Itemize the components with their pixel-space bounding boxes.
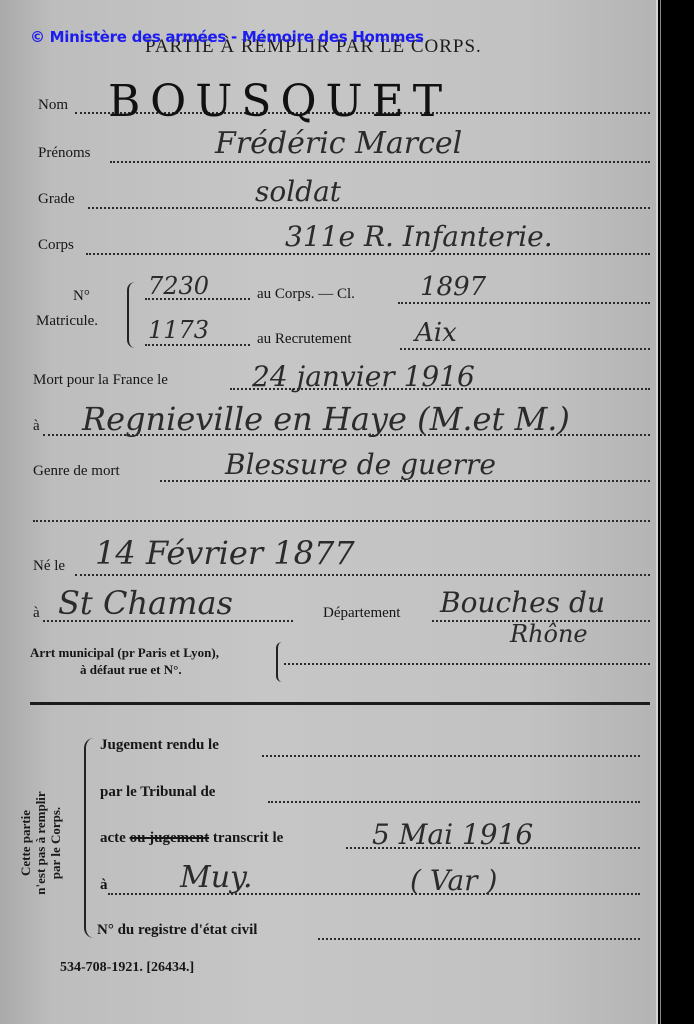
- prenoms-line: [110, 161, 650, 163]
- nom-label: Nom: [38, 97, 68, 114]
- side-note: Cette partie n'est pas à remplir par le …: [18, 758, 63, 928]
- arrondissement-label-2: à défaut rue et N°.: [80, 662, 182, 678]
- recrutement-line: [400, 348, 650, 350]
- arrondissement-brace: [276, 642, 282, 682]
- lieu-transcription-value: Muy.: [180, 860, 253, 895]
- arrondissement-label-1: Arrt municipal (pr Paris et Lyon),: [30, 645, 219, 661]
- departement-value-1: Bouches du: [440, 586, 605, 619]
- grade-label: Grade: [38, 191, 75, 208]
- corps-value: 311e R. Infanterie.: [285, 220, 553, 253]
- arrondissement-line: [284, 663, 650, 665]
- tribunal-label: par le Tribunal de: [100, 784, 215, 801]
- corps-number-value: 7230: [148, 272, 209, 300]
- footer-code: 534-708-1921. [26434.]: [60, 960, 194, 976]
- recrutement-number-line: [145, 344, 250, 346]
- lieu-naissance-value: St Chamas: [58, 584, 233, 622]
- matricule-label: Matricule.: [36, 313, 98, 330]
- lieu-transcription-value-2: ( Var ): [410, 864, 497, 897]
- naissance-label: Né le: [33, 558, 65, 575]
- recrutement-label: au Recrutement: [257, 331, 352, 348]
- death-record-card: © Ministère des armées - Mémoire des Hom…: [0, 0, 656, 1024]
- section-divider: [30, 702, 650, 705]
- recrutement-number-value: 1173: [148, 316, 209, 344]
- nom-value: BOUSQUET: [108, 76, 451, 127]
- grade-value: soldat: [255, 175, 341, 208]
- card-edge: [656, 0, 658, 1024]
- jugement-label: Jugement rendu le: [100, 737, 219, 754]
- lieu-mort-label: à: [33, 418, 40, 435]
- blank-line: [33, 520, 650, 522]
- mort-value: 24 janvier 1916: [252, 360, 475, 393]
- card-edge-shadow: [660, 0, 661, 1024]
- registre-label: N° du registre d'état civil: [97, 922, 257, 939]
- acte-value: 5 Mai 1916: [372, 818, 533, 851]
- prenoms-value: Frédéric Marcel: [215, 126, 462, 161]
- classe-value: 1897: [420, 272, 486, 302]
- departement-value-2: Rhône: [510, 620, 588, 648]
- naissance-value: 14 Février 1877: [95, 534, 355, 572]
- corps-label: Corps: [38, 237, 74, 254]
- classe-line: [398, 302, 650, 304]
- naissance-line: [75, 574, 650, 576]
- prenoms-label: Prénoms: [38, 145, 91, 162]
- copyright-watermark: © Ministère des armées - Mémoire des Hom…: [30, 28, 424, 46]
- matricule-brace: [127, 282, 135, 348]
- lieu-mort-value: Regnieville en Haye (M.et M.): [82, 400, 570, 438]
- registre-line: [318, 938, 640, 940]
- mort-label: Mort pour la France le: [33, 372, 168, 389]
- grade-line: [88, 207, 650, 209]
- jugement-line: [262, 755, 640, 757]
- recrutement-value: Aix: [415, 318, 457, 348]
- acte-label: acte ou jugement transcrit le: [100, 830, 283, 847]
- corps-line: [86, 253, 650, 255]
- genre-mort-value: Blessure de guerre: [225, 448, 496, 481]
- departement-label: Département: [323, 605, 400, 622]
- tribunal-line: [268, 801, 640, 803]
- genre-mort-label: Genre de mort: [33, 463, 120, 480]
- civil-brace: [84, 738, 94, 938]
- matricule-label-n: N°: [73, 288, 90, 305]
- corps-number-label: au Corps. — Cl.: [257, 286, 355, 303]
- lieu-naissance-label: à: [33, 605, 40, 622]
- lieu-transcription-label: à: [100, 877, 108, 894]
